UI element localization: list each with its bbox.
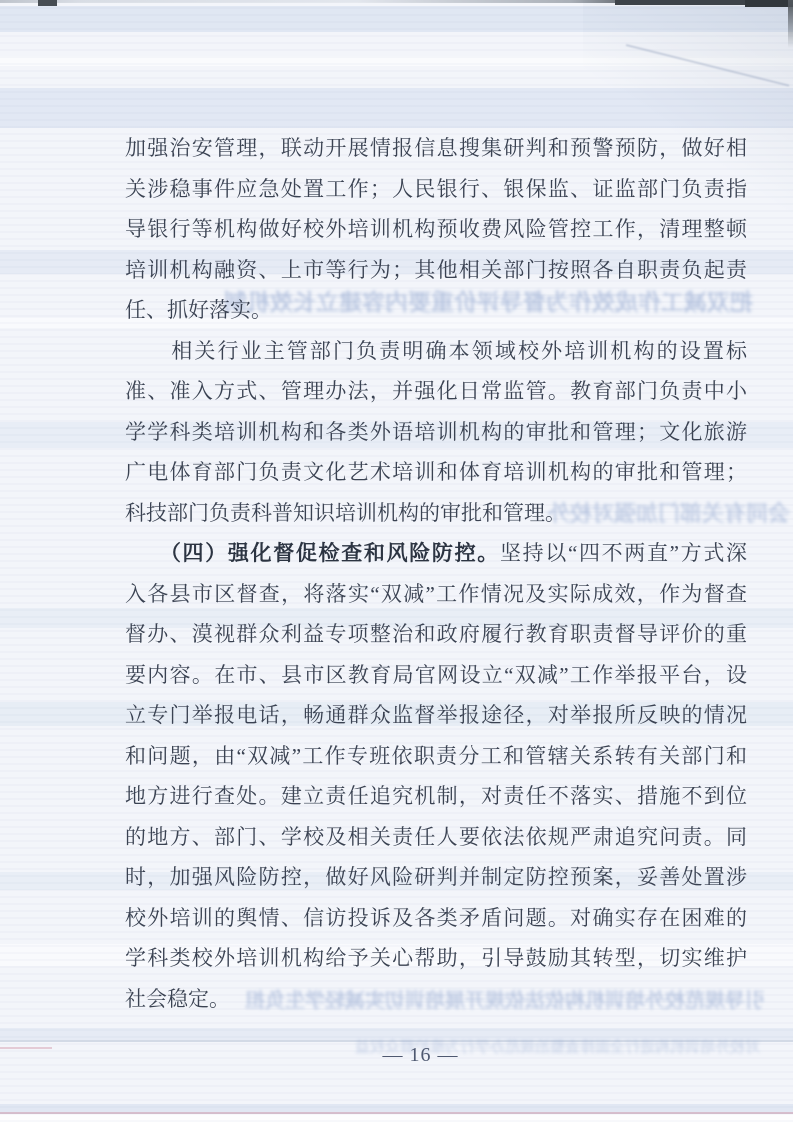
text-line: 广电体育部门负责文化艺术培训和体育培训机构的审批和管理； — [125, 452, 747, 493]
scanner-edge-top-right-notch — [745, 0, 793, 7]
text-line: （四）强化督促检查和风险防控。坚持以“四不两直”方式深 — [125, 533, 747, 574]
text-line: 校外培训的舆情、信访投诉及各类矛盾问题。对确实存在困难的 — [125, 898, 747, 939]
text-line: 相关行业主管部门负责明确本领域校外培训机构的设置标 — [125, 331, 747, 372]
text-line: 的地方、部门、学校及相关责任人要依法依规严肃追究问责。同 — [125, 817, 747, 858]
text-line: 和问题，由“双减”工作专班依职责分工和管辖关系转有关部门和 — [125, 736, 747, 777]
paragraph-1: 加强治安管理，联动开展情报信息搜集研判和预警预防，做好相关涉稳事件应急处置工作；… — [125, 128, 747, 331]
text-line: 科技部门负责科普知识培训机构的审批和管理。 — [125, 493, 747, 534]
document-body: 加强治安管理，联动开展情报信息搜集研判和预警预防，做好相关涉稳事件应急处置工作；… — [125, 128, 747, 1019]
text-line: 学学科类培训机构和各类外语培训机构的审批和管理；文化旅游 — [125, 412, 747, 453]
text-line: 学科类校外培训机构给予关心帮助，引导鼓励其转型，切实维护 — [125, 938, 747, 979]
scan-band — [0, 1104, 793, 1114]
text-line: 准、准入方式、管理办法，并强化日常监管。教育部门负责中小 — [125, 371, 747, 412]
text-line: 要内容。在市、县市区教育局官网设立“双减”工作举报平台，设 — [125, 655, 747, 696]
scan-band — [0, 1114, 793, 1122]
paragraph-3: （四）强化督促检查和风险防控。坚持以“四不两直”方式深入各县市区督查，将落实“双… — [125, 533, 747, 1019]
section-heading: （四）强化督促检查和风险防控。 — [125, 541, 500, 565]
scanner-edge-right — [788, 0, 793, 48]
scan-band — [0, 88, 793, 128]
scan-crease-line — [626, 44, 789, 87]
scan-band — [0, 1112, 793, 1114]
text-line: 立专门举报电话，畅通群众监督举报途径，对举报所反映的情况 — [125, 695, 747, 736]
text-line: 地方进行查处。建立责任追究机制，对责任不落实、措施不到位 — [125, 776, 747, 817]
text-line: 培训机构融资、上市等行为；其他相关部门按照各自职责负起责 — [125, 250, 747, 291]
text-line: 关涉稳事件应急处置工作；人民银行、银保监、证监部门负责指 — [125, 169, 747, 210]
text-line: 时，加强风险防控，做好风险研判并制定防控预案，妥善处置涉 — [125, 857, 747, 898]
paragraph-2: 相关行业主管部门负责明确本领域校外培训机构的设置标准、准入方式、管理办法，并强化… — [125, 331, 747, 534]
scan-band — [0, 1028, 793, 1040]
text-line: 入各县市区督查，将落实“双减”工作情况及实际成效，作为督查 — [125, 574, 747, 615]
text-line: 督办、漠视群众利益专项整治和政府履行教育职责督导评价的重 — [125, 614, 747, 655]
scanned-document-page: 把双减工作成效作为督导评价重要内容建立长效机制会同有关部门加强对校外引导规范校外… — [0, 0, 793, 1122]
scan-band — [0, 6, 793, 32]
text-line: 任、抓好落实。 — [125, 290, 747, 331]
text-line: 加强治安管理，联动开展情报信息搜集研判和预警预防，做好相 — [125, 128, 747, 169]
page-number: — 16 — — [0, 1042, 793, 1068]
scanner-edge-top-left — [38, 0, 57, 6]
text-line: 导银行等机构做好校外培训机构预收费风险管控工作，清理整顿 — [125, 209, 747, 250]
text-line: 社会稳定。 — [125, 979, 747, 1020]
